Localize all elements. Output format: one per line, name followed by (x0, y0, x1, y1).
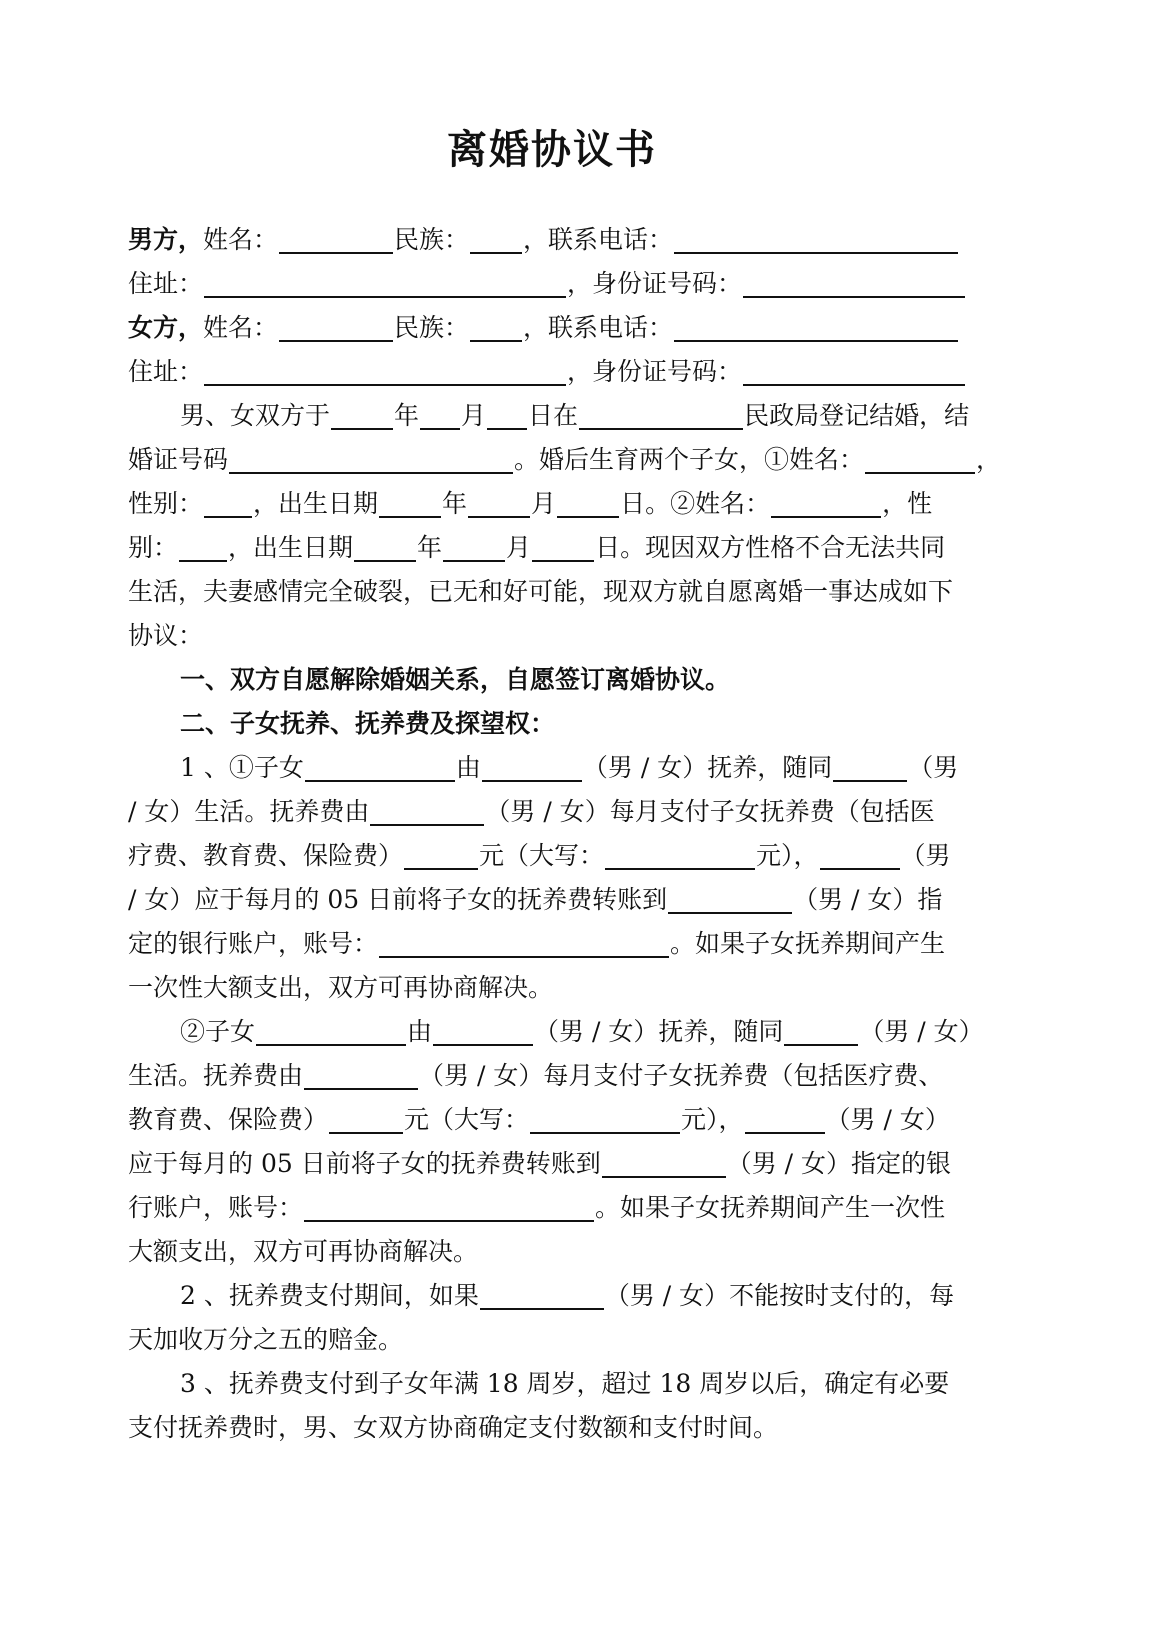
child1-transfer-payer-field[interactable] (820, 838, 900, 870)
item2-line-2: 天加收万分之五的赔金。 (128, 1318, 976, 1362)
child1-birth-year-field[interactable] (379, 486, 441, 518)
item3-line-2: 支付抚养费时，男、女双方协商确定支付数额和支付时间。 (128, 1406, 976, 1450)
text: 日。②姓名： (620, 489, 770, 518)
text: 教育费、保险费） (128, 1105, 328, 1134)
text: 生活。抚养费由 (128, 1061, 303, 1090)
text: ，出生日期 (228, 533, 353, 562)
child2-birth-day-field[interactable] (532, 530, 594, 562)
female-phone-field[interactable] (674, 310, 958, 342)
marriage-cert-number-field[interactable] (229, 442, 513, 474)
male-ethnicity-field[interactable] (470, 222, 522, 254)
text: 元）， (756, 841, 819, 870)
item1b-line-3: 教育费、保险费）元（大写：元），（男 / 女） (128, 1098, 976, 1142)
child1-gender-field[interactable] (204, 486, 252, 518)
intro-line-4: 别：，出生日期年月日。现因双方性格不合无法共同 (128, 526, 976, 570)
marriage-day-field[interactable] (487, 398, 527, 430)
child2-name-field[interactable] (771, 486, 881, 518)
male-phone-label: ，联系电话： (523, 225, 673, 254)
item1-line-1: 1 、①子女由（男 / 女）抚养，随同（男 (128, 746, 976, 790)
text: 。如果子女抚养期间产生 (670, 929, 945, 958)
child1-birth-day-field[interactable] (557, 486, 619, 518)
child1-payee-field[interactable] (668, 882, 792, 914)
child2-live-with-field[interactable] (784, 1014, 858, 1046)
male-ethnicity-label: 民族： (394, 225, 469, 254)
text: （男 / 女） (826, 1105, 950, 1134)
male-phone-field[interactable] (674, 222, 958, 254)
text: 男、女双方于 (180, 401, 330, 430)
female-ethnicity-field[interactable] (470, 310, 522, 342)
child1-amount-field[interactable] (404, 838, 478, 870)
section-1-heading: 一、双方自愿解除婚姻关系，自愿签订离婚协议。 (128, 658, 976, 702)
female-label: 女方， (128, 313, 203, 342)
female-address-field[interactable] (204, 354, 566, 386)
text: （男 / 女）每月支付子女抚养费（包括医 (485, 797, 934, 826)
child2-gender-field[interactable] (179, 530, 227, 562)
male-id-field[interactable] (743, 266, 965, 298)
text: 由 (456, 753, 481, 782)
marriage-month-field[interactable] (420, 398, 460, 430)
child1-custodian-field[interactable] (482, 750, 582, 782)
text: 月 (506, 533, 531, 562)
female-phone-label: ，联系电话： (523, 313, 673, 342)
text: 2 、抚养费支付期间，如果 (180, 1281, 479, 1310)
item1b-line-5: 行账户，账号：。如果子女抚养期间产生一次性 (128, 1186, 976, 1230)
document-title: 离婚协议书 (128, 118, 976, 175)
late-payer-field[interactable] (480, 1278, 604, 1310)
child1-account-number-field[interactable] (379, 926, 669, 958)
intro-line-2: 婚证号码。婚后生育两个子女，①姓名：， (128, 438, 976, 482)
child2-payer-field[interactable] (304, 1058, 418, 1090)
text: 月 (531, 489, 556, 518)
text: 元（大写： (404, 1105, 529, 1134)
male-address-field[interactable] (204, 266, 566, 298)
text: / 女）生活。抚养费由 (128, 797, 369, 826)
intro-line-3: 性别：，出生日期年月日。②姓名：，性 (128, 482, 976, 526)
male-id-label: ，身份证号码： (567, 269, 742, 298)
child2-amount-words-field[interactable] (530, 1102, 680, 1134)
child1-amount-words-field[interactable] (605, 838, 755, 870)
male-name-label: 姓名： (203, 225, 278, 254)
text: 年 (394, 401, 419, 430)
child1-birth-month-field[interactable] (468, 486, 530, 518)
text: （男 / 女）抚养，随同 (583, 753, 832, 782)
text: （男 (901, 841, 951, 870)
intro-line-1: 男、女双方于年月日在民政局登记结婚，结 (128, 394, 976, 438)
male-address-line: 住址：，身份证号码： (128, 262, 976, 306)
item1b-line-6: 大额支出，双方可再协商解决。 (128, 1230, 976, 1274)
text: 。如果子女抚养期间产生一次性 (595, 1193, 945, 1222)
text: 元）， (681, 1105, 744, 1134)
text: 日。现因双方性格不合无法共同 (595, 533, 945, 562)
text: 民政局登记结婚，结 (744, 401, 969, 430)
child2-custodian-field[interactable] (433, 1014, 533, 1046)
civil-affairs-bureau-field[interactable] (579, 398, 743, 430)
text: 疗费、教育费、保险费） (128, 841, 403, 870)
text: （男 / 女）不能按时支付的，每 (605, 1281, 954, 1310)
section-2-heading: 二、子女抚养、抚养费及探望权： (128, 702, 976, 746)
item1b-line-1: ②子女由（男 / 女）抚养，随同（男 / 女） (128, 1010, 976, 1054)
female-name-label: 姓名： (203, 313, 278, 342)
text: （男 (908, 753, 958, 782)
child2-custody-name-field[interactable] (256, 1014, 406, 1046)
text: （男 / 女）指 (793, 885, 942, 914)
text: 由 (407, 1017, 432, 1046)
female-address-label: 住址： (128, 357, 203, 386)
male-name-field[interactable] (279, 222, 393, 254)
child1-live-with-field[interactable] (833, 750, 907, 782)
marriage-year-field[interactable] (331, 398, 393, 430)
item1b-line-2: 生活。抚养费由（男 / 女）每月支付子女抚养费（包括医疗费、 (128, 1054, 976, 1098)
female-address-line: 住址：，身份证号码： (128, 350, 976, 394)
female-ethnicity-label: 民族： (394, 313, 469, 342)
text: 元（大写： (479, 841, 604, 870)
item1-line-4: / 女）应于每月的 05 日前将子女的抚养费转账到（男 / 女）指 (128, 878, 976, 922)
text: （男 / 女）指定的银 (727, 1149, 951, 1178)
child2-payee-field[interactable] (602, 1146, 726, 1178)
male-address-label: 住址： (128, 269, 203, 298)
child1-custody-name-field[interactable] (305, 750, 455, 782)
text: （男 / 女）每月支付子女抚养费（包括医疗费、 (419, 1061, 943, 1090)
text: 婚证号码 (128, 445, 228, 474)
male-label: 男方， (128, 225, 203, 254)
text: 年 (442, 489, 467, 518)
text: 月 (461, 401, 486, 430)
text: ， (976, 445, 1001, 474)
item1b-line-4: 应于每月的 05 日前将子女的抚养费转账到（男 / 女）指定的银 (128, 1142, 976, 1186)
text: 应于每月的 05 日前将子女的抚养费转账到 (128, 1149, 601, 1178)
text: 定的银行账户，账号： (128, 929, 378, 958)
child2-birth-year-field[interactable] (354, 530, 416, 562)
child2-amount-field[interactable] (329, 1102, 403, 1134)
intro-line-6: 协议： (128, 614, 976, 658)
female-id-field[interactable] (743, 354, 965, 386)
text: （男 / 女） (859, 1017, 983, 1046)
text: ，性 (882, 489, 932, 518)
child1-payer-field[interactable] (370, 794, 484, 826)
female-name-field[interactable] (279, 310, 393, 342)
text: 年 (417, 533, 442, 562)
child2-account-number-field[interactable] (304, 1190, 594, 1222)
text: ②子女 (180, 1017, 255, 1046)
text: 。婚后生育两个子女，①姓名： (514, 445, 864, 474)
text: 日在 (528, 401, 578, 430)
child2-transfer-payer-field[interactable] (745, 1102, 825, 1134)
item1-line-2: / 女）生活。抚养费由（男 / 女）每月支付子女抚养费（包括医 (128, 790, 976, 834)
intro-line-5: 生活，夫妻感情完全破裂，已无和好可能，现双方就自愿离婚一事达成如下 (128, 570, 976, 614)
female-info-line: 女方，姓名：民族：，联系电话： (128, 306, 976, 350)
text: 1 、①子女 (180, 753, 304, 782)
text: 行账户，账号： (128, 1193, 303, 1222)
text: 别： (128, 533, 178, 562)
text: ，出生日期 (253, 489, 378, 518)
child2-birth-month-field[interactable] (443, 530, 505, 562)
item1-line-5: 定的银行账户，账号：。如果子女抚养期间产生 (128, 922, 976, 966)
item2-line-1: 2 、抚养费支付期间，如果（男 / 女）不能按时支付的，每 (128, 1274, 976, 1318)
text: 性别： (128, 489, 203, 518)
item1-line-3: 疗费、教育费、保险费）元（大写：元），（男 (128, 834, 976, 878)
child1-name-field[interactable] (865, 442, 975, 474)
text: （男 / 女）抚养，随同 (534, 1017, 783, 1046)
item3-line-1: 3 、抚养费支付到子女年满 18 周岁，超过 18 周岁以后，确定有必要 (128, 1362, 976, 1406)
female-id-label: ，身份证号码： (567, 357, 742, 386)
item1-line-6: 一次性大额支出，双方可再协商解决。 (128, 966, 976, 1010)
male-info-line: 男方，姓名：民族：，联系电话： (128, 218, 976, 262)
text: / 女）应于每月的 05 日前将子女的抚养费转账到 (128, 885, 667, 914)
